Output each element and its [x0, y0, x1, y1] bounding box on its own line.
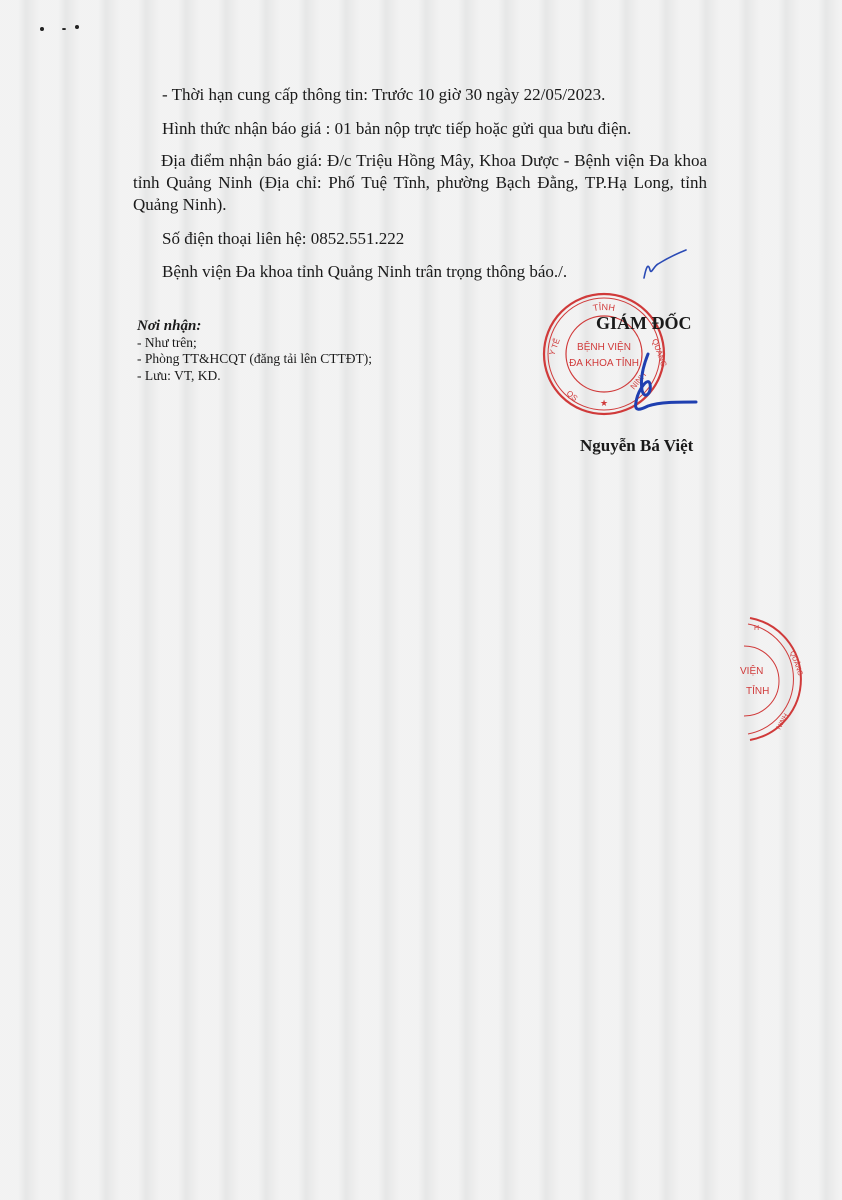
partial-stamp-line1: VIỆN: [740, 664, 763, 677]
partial-stamp-ring-bottom: NINH: [776, 713, 791, 731]
recipients-heading: Nơi nhận:: [137, 318, 372, 335]
signer-name: Nguyễn Bá Việt: [580, 436, 693, 456]
handwritten-signature-icon: [630, 350, 700, 420]
stamp-inner-line1: BỆNH VIỆN: [577, 340, 631, 353]
partial-stamp-icon: H QUẢNG NINH VIỆN TỈNH: [740, 612, 820, 747]
recipients-block: Nơi nhận: - Như trên; - Phòng TT&HCQT (đ…: [137, 318, 372, 384]
recipient-item: - Phòng TT&HCQT (đăng tải lên CTTĐT);: [137, 351, 372, 368]
partial-stamp-ring: QUẢNG: [788, 650, 805, 677]
svg-text:TỈNH: TỈNH: [592, 301, 616, 313]
signer-title: GIÁM ĐỐC: [596, 313, 692, 334]
deadline-line: - Thời hạn cung cấp thông tin: Trước 10 …: [162, 84, 605, 106]
submission-place-paragraph: Địa điểm nhận báo giá: Đ/c Triệu Hồng Mâ…: [133, 150, 707, 216]
recipient-item: - Lưu: VT, KD.: [137, 368, 372, 385]
partial-stamp-line2: TỈNH: [746, 684, 769, 697]
stamp-ring-top: TỈNH: [592, 301, 616, 313]
phone-line: Số điện thoại liên hệ: 0852.551.222: [162, 228, 404, 250]
stamp-inner-line2: ĐA KHOA TỈNH: [569, 356, 639, 369]
recipient-item: - Như trên;: [137, 335, 372, 352]
initial-mark-icon: [640, 248, 688, 282]
scan-artifact-marks: [38, 24, 88, 34]
svg-text:★: ★: [600, 399, 608, 409]
partial-stamp-ring-top: H: [754, 625, 759, 632]
closing-line: Bệnh viện Đa khoa tỉnh Quảng Ninh trân t…: [162, 261, 567, 283]
submission-form-line: Hình thức nhận báo giá : 01 bản nộp trực…: [162, 118, 631, 140]
